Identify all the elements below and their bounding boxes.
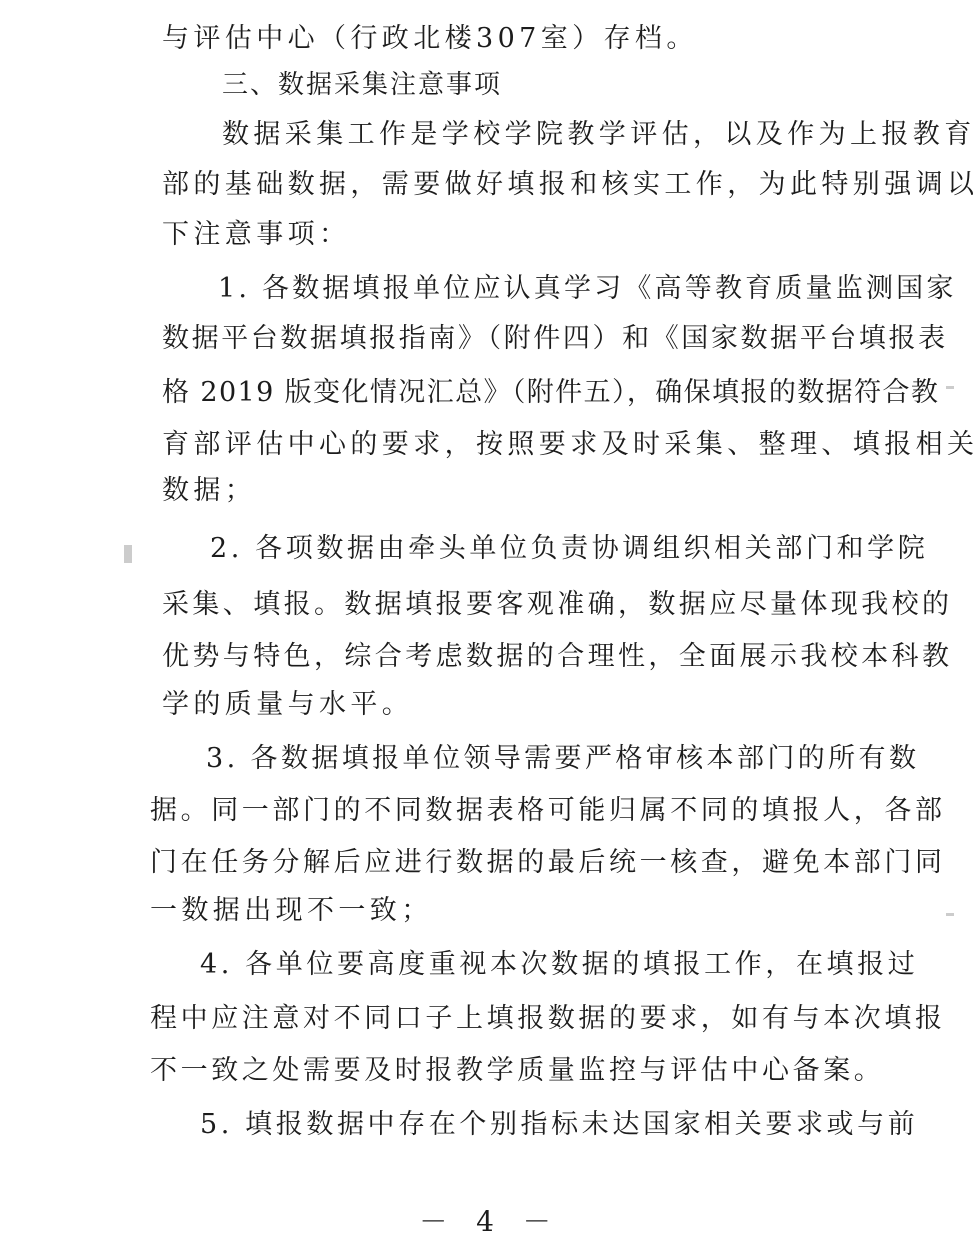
list-item-2-line: 优势与特色，综合考虑数据的合理性，全面展示我校本科教 (162, 640, 952, 674)
list-item-1-line: 数据平台数据填报指南》（附件四）和《国家数据平台填报表 (162, 322, 948, 356)
list-item-3-line: 据。同一部门的不同数据表格可能归属不同的填报人，各部 (150, 794, 946, 828)
scan-speck (124, 545, 132, 563)
list-item-3-line: 3. 各数据填报单位领导需要严格审核本部门的所有数 (206, 742, 919, 776)
list-item-1-line: 1. 各数据填报单位应认真学习《高等教育质量监测国家 (218, 272, 957, 306)
text-line: 下注意事项： (162, 218, 350, 252)
text-line: 与评估中心（行政北楼307室）存档。 (162, 22, 698, 56)
list-item-2-line: 学的质量与水平。 (162, 688, 413, 722)
section-heading: 三、数据采集注意事项 (222, 68, 502, 102)
list-item-3-line: 一数据出现不一致； (150, 894, 433, 928)
list-item-4-line: 4. 各单位要高度重视本次数据的填报工作，在填报过 (200, 948, 918, 982)
text-line: 数据采集工作是学校学院教学评估，以及作为上报教育 (222, 118, 976, 152)
list-item-3-line: 门在任务分解后应进行数据的最后统一核查，避免本部门同 (150, 846, 946, 880)
list-item-4-line: 程中应注意对不同口子上填报数据的要求，如有与本次填报 (150, 1002, 946, 1036)
list-item-2-line: 2. 各项数据由牵头单位负责协调组织相关部门和学院 (210, 532, 928, 566)
scan-speck (946, 913, 954, 916)
document-page: 与评估中心（行政北楼307室）存档。 三、数据采集注意事项 数据采集工作是学校学… (0, 0, 980, 1257)
list-item-1-line: 数据； (162, 474, 256, 508)
text-line: 部的基础数据，需要做好填报和核实工作，为此特别强调以 (162, 168, 978, 202)
list-item-1-line: 育部评估中心的要求，按照要求及时采集、整理、填报相关 (162, 428, 978, 462)
list-item-4-line: 不一致之处需要及时报教学质量监控与评估中心备案。 (150, 1054, 884, 1088)
list-item-2-line: 采集、填报。数据填报要客观准确，数据应尽量体现我校的 (162, 588, 952, 622)
scan-speck (946, 386, 954, 389)
page-number: － 4 － (0, 1200, 980, 1240)
list-item-1-line: 格 2019 版变化情况汇总》（附件五），确保填报的数据符合教 (162, 376, 939, 410)
list-item-5-line: 5. 填报数据中存在个别指标未达国家相关要求或与前 (200, 1108, 918, 1142)
